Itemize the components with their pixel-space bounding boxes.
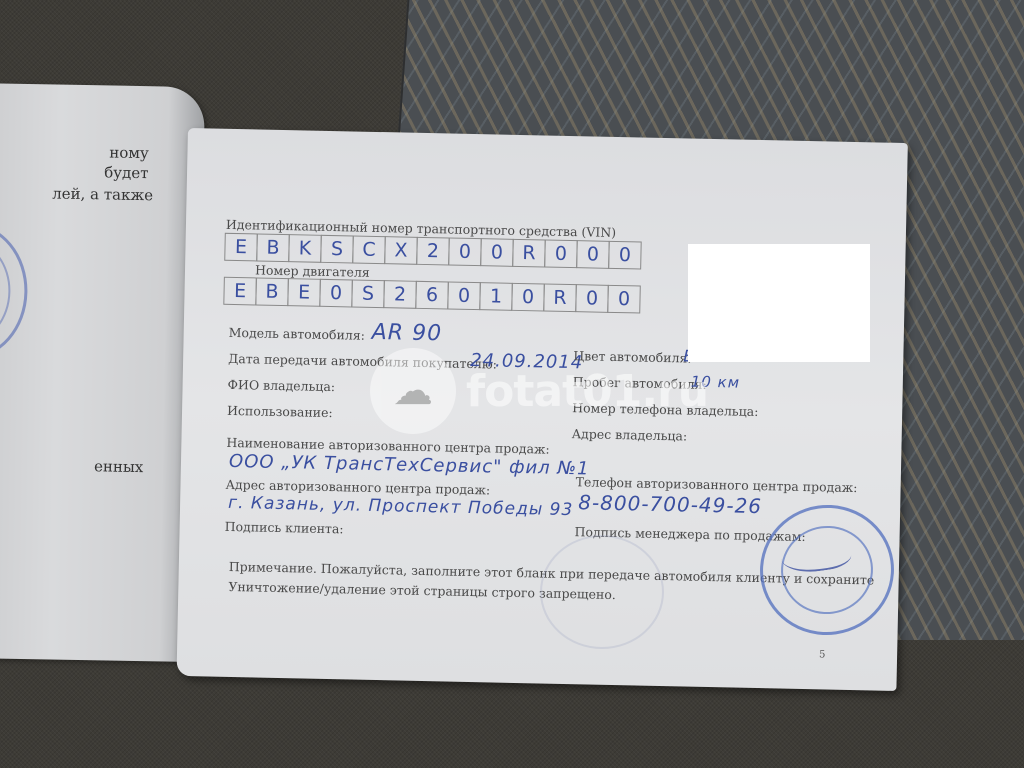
engine-char-cell: 1	[479, 282, 513, 311]
vin-char-cell: 0	[480, 238, 514, 267]
model-value: AR 90	[371, 320, 442, 346]
engine-char-cell: 0	[447, 281, 481, 310]
dealer-phone-value: 8-800-700-49-26	[578, 490, 762, 518]
engine-char-cell: 0	[607, 285, 641, 314]
vin-char-cell: 0	[608, 241, 642, 270]
vin-char-cell: B	[256, 233, 290, 262]
engine-char-cell: S	[351, 279, 385, 308]
engine-char-cell: R	[543, 283, 577, 312]
vin-char-cell: 0	[576, 240, 610, 269]
engine-char-cell: 0	[575, 284, 609, 313]
engine-char-cell: B	[255, 277, 289, 306]
vin-char-cell: K	[288, 234, 322, 263]
vin-char-cell: 0	[544, 239, 578, 268]
engine-char-cell: 0	[511, 283, 545, 312]
left-page-text: ному	[109, 143, 149, 162]
owner-name-label: ФИО владельца:	[227, 377, 335, 394]
vin-char-cell: 2	[416, 237, 450, 266]
client-signature-label: Подпись клиента:	[225, 519, 344, 536]
left-page-text: будет	[104, 163, 149, 182]
stamp-inner-ring	[775, 520, 878, 620]
vin-char-cell: E	[224, 233, 258, 262]
engine-char-cell: 0	[319, 279, 353, 308]
watermark: ☁ fotat01.ru	[370, 348, 708, 434]
vin-char-cell: S	[320, 235, 354, 264]
engine-char-cell: 2	[383, 280, 417, 309]
engine-number-boxes: EBE0S26010R00	[224, 277, 640, 314]
vin-char-cell: X	[384, 236, 418, 265]
stamp-seal-left	[0, 222, 29, 360]
left-page: ному будет лей, а также енных	[0, 83, 205, 662]
cloud-download-icon: ☁	[370, 348, 456, 434]
watermark-text: fotat01.ru	[466, 366, 708, 417]
engine-char-cell: 6	[415, 281, 449, 310]
engine-char-cell: E	[287, 278, 321, 307]
left-page-text: лей, а также	[52, 184, 153, 204]
usage-label: Использование:	[227, 403, 333, 420]
engine-char-cell: E	[223, 277, 257, 306]
model-label: Модель автомобиля:	[229, 325, 366, 343]
left-page-text: енных	[94, 457, 144, 476]
dealer-address-value: г. Казань, ул. Проспект Победы 93	[228, 493, 574, 520]
redaction-box	[688, 244, 870, 362]
vin-char-cell: 0	[448, 237, 482, 266]
stamp-seal-faint	[540, 535, 664, 649]
vin-char-cell: R	[512, 239, 546, 268]
page-number: 5	[819, 649, 826, 660]
vin-char-cell: C	[352, 235, 386, 264]
